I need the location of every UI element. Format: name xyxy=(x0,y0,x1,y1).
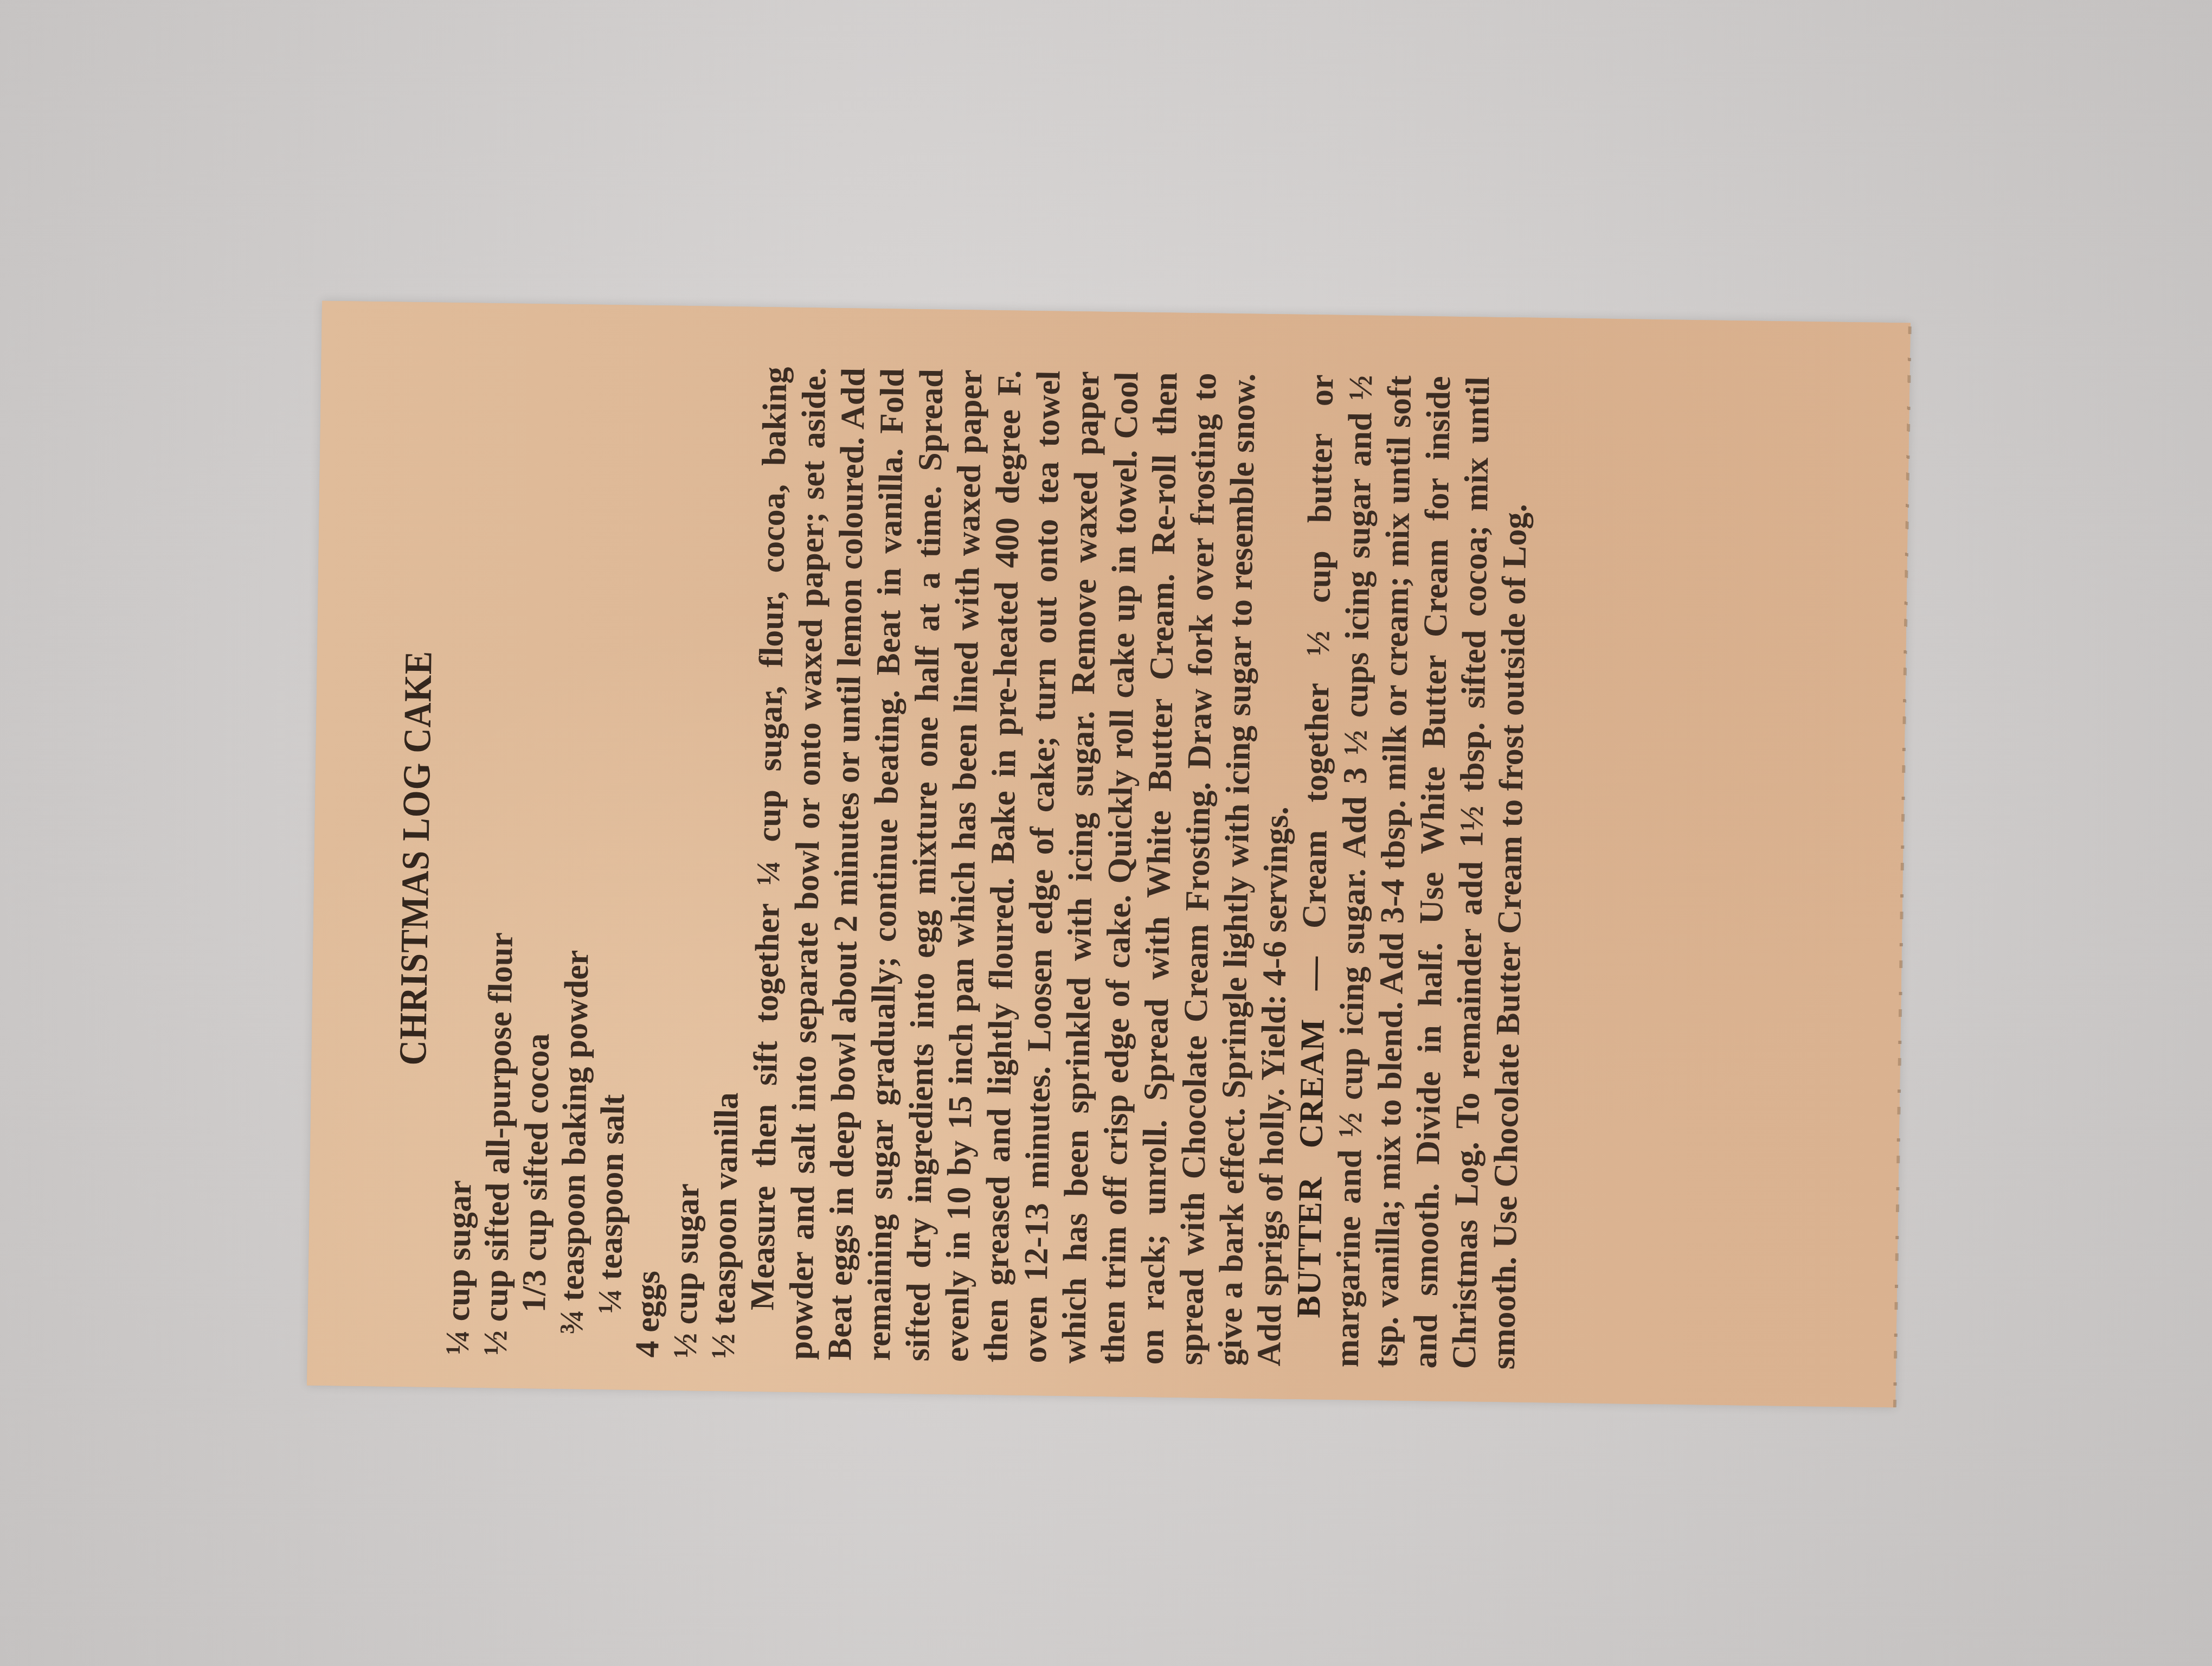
method-paragraph: Measure then sift together ¼ cup sugar, … xyxy=(742,367,1302,1367)
recipe-title: CHRISTMAS LOG CAKE xyxy=(387,362,445,1355)
butter-cream-heading: BUTTER CREAM — xyxy=(1290,956,1332,1318)
newspaper-recipe-clipping: CHRISTMAS LOG CAKE ¼ cup sugar ½ cup sif… xyxy=(307,301,1911,1408)
ingredient-list: ¼ cup sugar ½ cup sifted all-purpose flo… xyxy=(439,362,756,1359)
butter-cream-text: Cream together ½ cup butter or margarine… xyxy=(1295,374,1534,1370)
torn-edge xyxy=(1893,323,1912,1407)
butter-cream-paragraph: BUTTER CREAM — Cream together ½ cup butt… xyxy=(1289,374,1537,1370)
paragraph-indent xyxy=(1319,1318,1320,1367)
paragraph-indent xyxy=(773,1310,773,1359)
method-text: Measure then sift together ¼ cup sugar, … xyxy=(744,367,1295,1367)
